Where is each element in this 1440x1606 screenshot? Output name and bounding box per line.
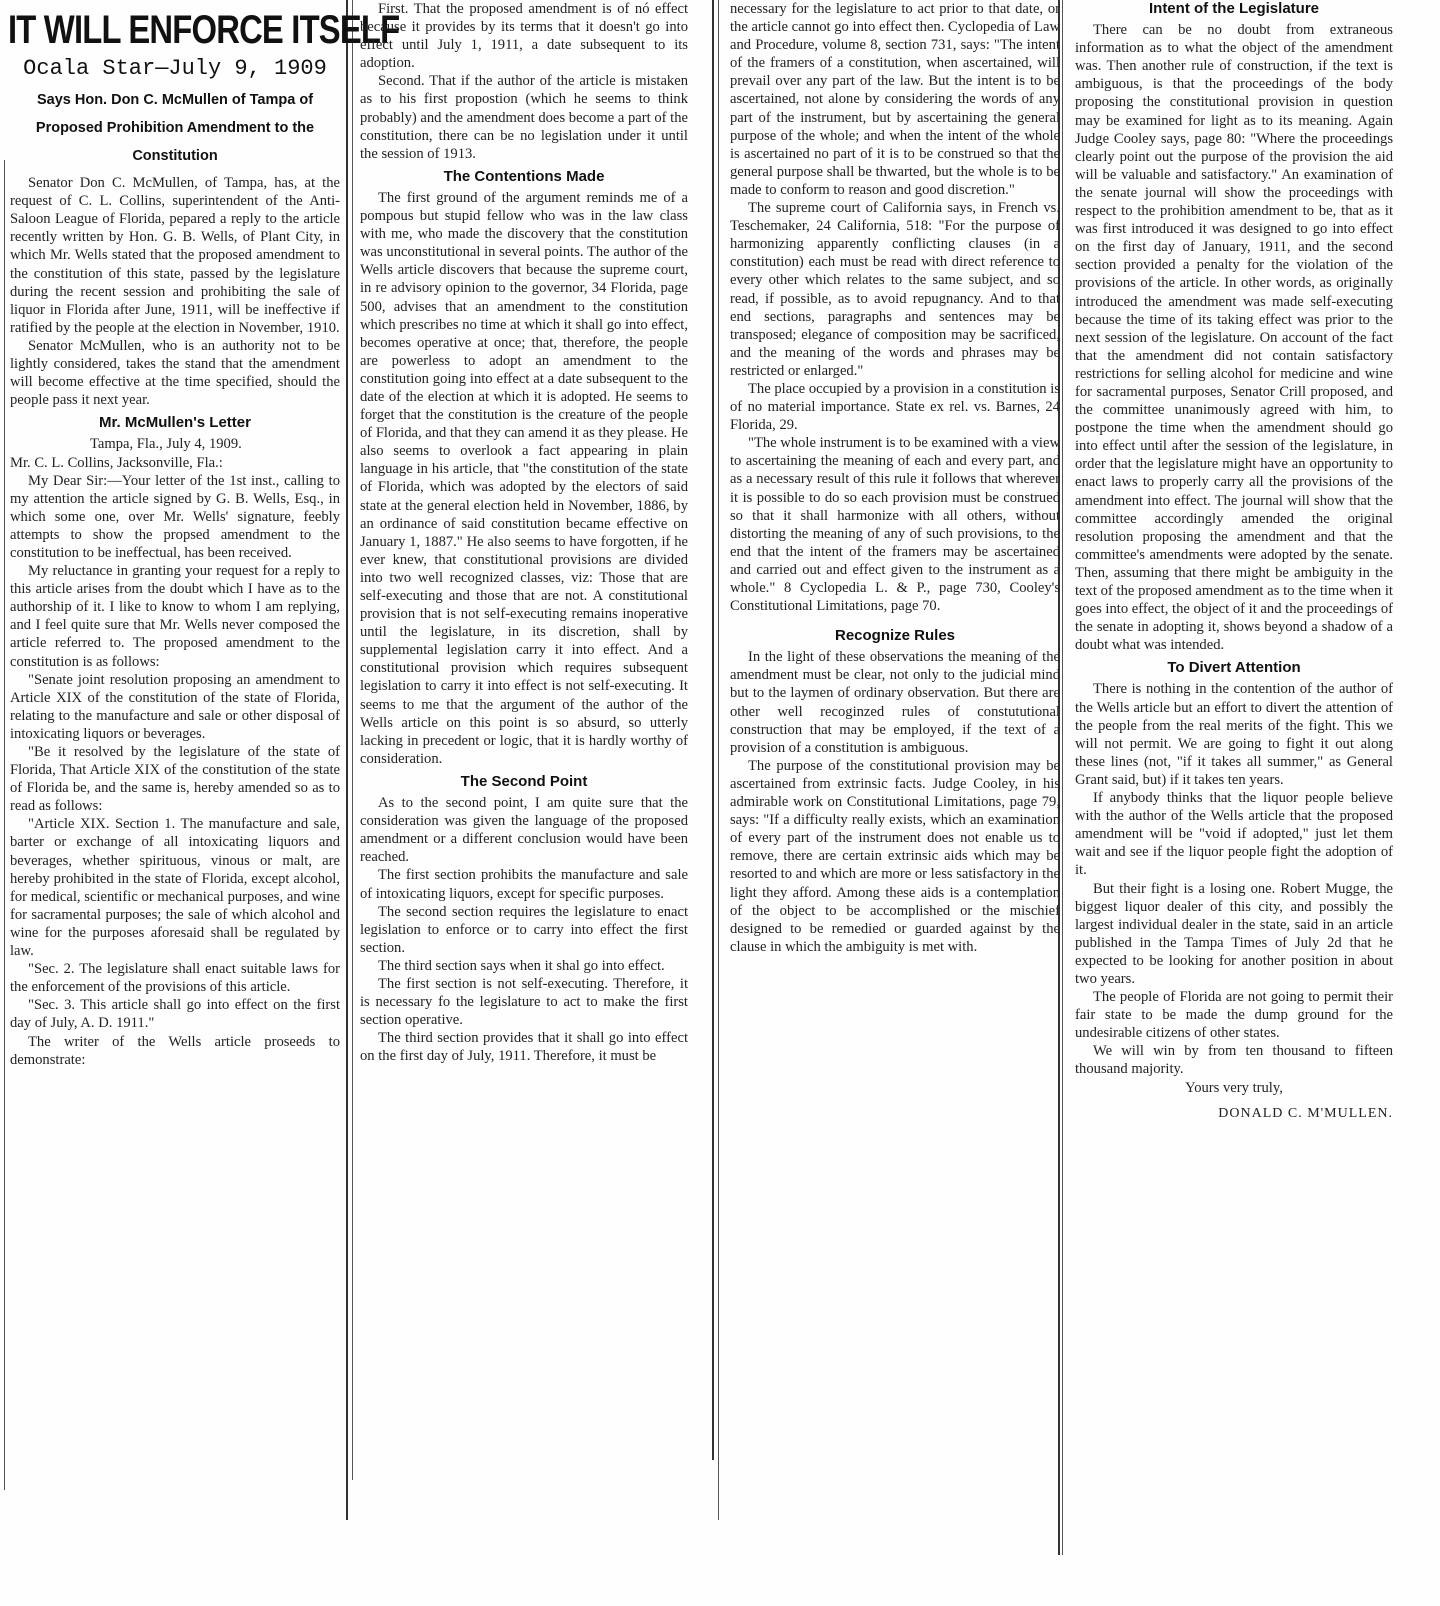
paragraph: The place occupied by a provision in a c…	[730, 380, 1060, 434]
paragraph: Senator McMullen, who is an authority no…	[10, 337, 340, 409]
section-heading: Intent of the Legislature	[1075, 0, 1393, 18]
paragraph: In the light of these observations the m…	[730, 648, 1060, 757]
paragraph: There can be no doubt from extraneous in…	[1075, 21, 1393, 654]
paragraph: The third section says when it shal go i…	[360, 957, 688, 975]
paragraph: Senator Don C. McMullen, of Tampa, has, …	[10, 174, 340, 337]
column-4: Intent of the Legislature There can be n…	[1075, 0, 1393, 1123]
paragraph: We will win by from ten thousand to fift…	[1075, 1042, 1393, 1078]
paragraph: The supreme court of California says, in…	[730, 199, 1060, 380]
letter-addressee: Mr. C. L. Collins, Jacksonville, Fla.:	[10, 454, 340, 472]
column-rule	[1062, 0, 1063, 1555]
paragraph: "Sec. 3. This article shall go into effe…	[10, 996, 340, 1032]
paragraph: "Senate joint resolution proposing an am…	[10, 671, 340, 743]
column-1: IT WILL ENFORCE ITSELF Ocala Star—July 9…	[10, 0, 340, 1069]
paragraph: First. That the proposed amendment is of…	[360, 0, 688, 72]
column-rule	[4, 160, 5, 1490]
paragraph: "The whole instrument is to be examined …	[730, 434, 1060, 615]
paragraph: The writer of the Wells article proseeds…	[10, 1033, 340, 1069]
paragraph: The first section prohibits the manufact…	[360, 866, 688, 902]
paragraph: The purpose of the constitutional provis…	[730, 757, 1060, 956]
column-3: necessary for the legislature to act pri…	[730, 0, 1060, 956]
paragraph: As to the second point, I am quite sure …	[360, 794, 688, 866]
paragraph: "Article XIX. Section 1. The manufacture…	[10, 815, 340, 960]
newspaper-page: IT WILL ENFORCE ITSELF Ocala Star—July 9…	[0, 0, 1440, 1606]
paragraph: But their fight is a losing one. Robert …	[1075, 880, 1393, 989]
column-2: First. That the proposed amendment is of…	[360, 0, 688, 1065]
dateline: Ocala Star—July 9, 1909	[10, 60, 340, 78]
column-rule	[346, 0, 348, 1520]
paragraph: My Dear Sir:—Your letter of the 1st inst…	[10, 472, 340, 562]
paragraph: If anybody thinks that the liquor people…	[1075, 789, 1393, 879]
paragraph: My reluctance in granting your request f…	[10, 562, 340, 671]
section-heading: The Second Point	[360, 773, 688, 791]
signature: DONALD C. M'MULLEN.	[1075, 1105, 1393, 1123]
paragraph: The first ground of the argument reminds…	[360, 189, 688, 768]
paragraph: The people of Florida are not going to p…	[1075, 988, 1393, 1042]
section-heading: Mr. McMullen's Letter	[10, 414, 340, 432]
letter-place-date: Tampa, Fla., July 4, 1909.	[10, 435, 340, 453]
paragraph: The second section requires the legislat…	[360, 903, 688, 957]
subheadline: Says Hon. Don C. McMullen of Tampa of Pr…	[10, 86, 340, 170]
paragraph: The third section provides that it shall…	[360, 1029, 688, 1065]
paragraph: "Sec. 2. The legislature shall enact sui…	[10, 960, 340, 996]
paragraph: Second. That if the author of the articl…	[360, 72, 688, 162]
paragraph: necessary for the legislature to act pri…	[730, 0, 1060, 199]
column-rule	[718, 0, 719, 1520]
letter-closing: Yours very truly,	[1075, 1079, 1393, 1097]
headline: IT WILL ENFORCE ITSELF	[8, 6, 344, 54]
paragraph: "Be it resolved by the legislature of th…	[10, 743, 340, 815]
paragraph: The first section is not self-executing.…	[360, 975, 688, 1029]
column-rule	[712, 0, 714, 1460]
section-heading: Recognize Rules	[730, 627, 1060, 645]
column-rule	[352, 0, 353, 1480]
section-heading: The Contentions Made	[360, 168, 688, 186]
section-heading: To Divert Attention	[1075, 659, 1393, 677]
paragraph: There is nothing in the contention of th…	[1075, 680, 1393, 789]
